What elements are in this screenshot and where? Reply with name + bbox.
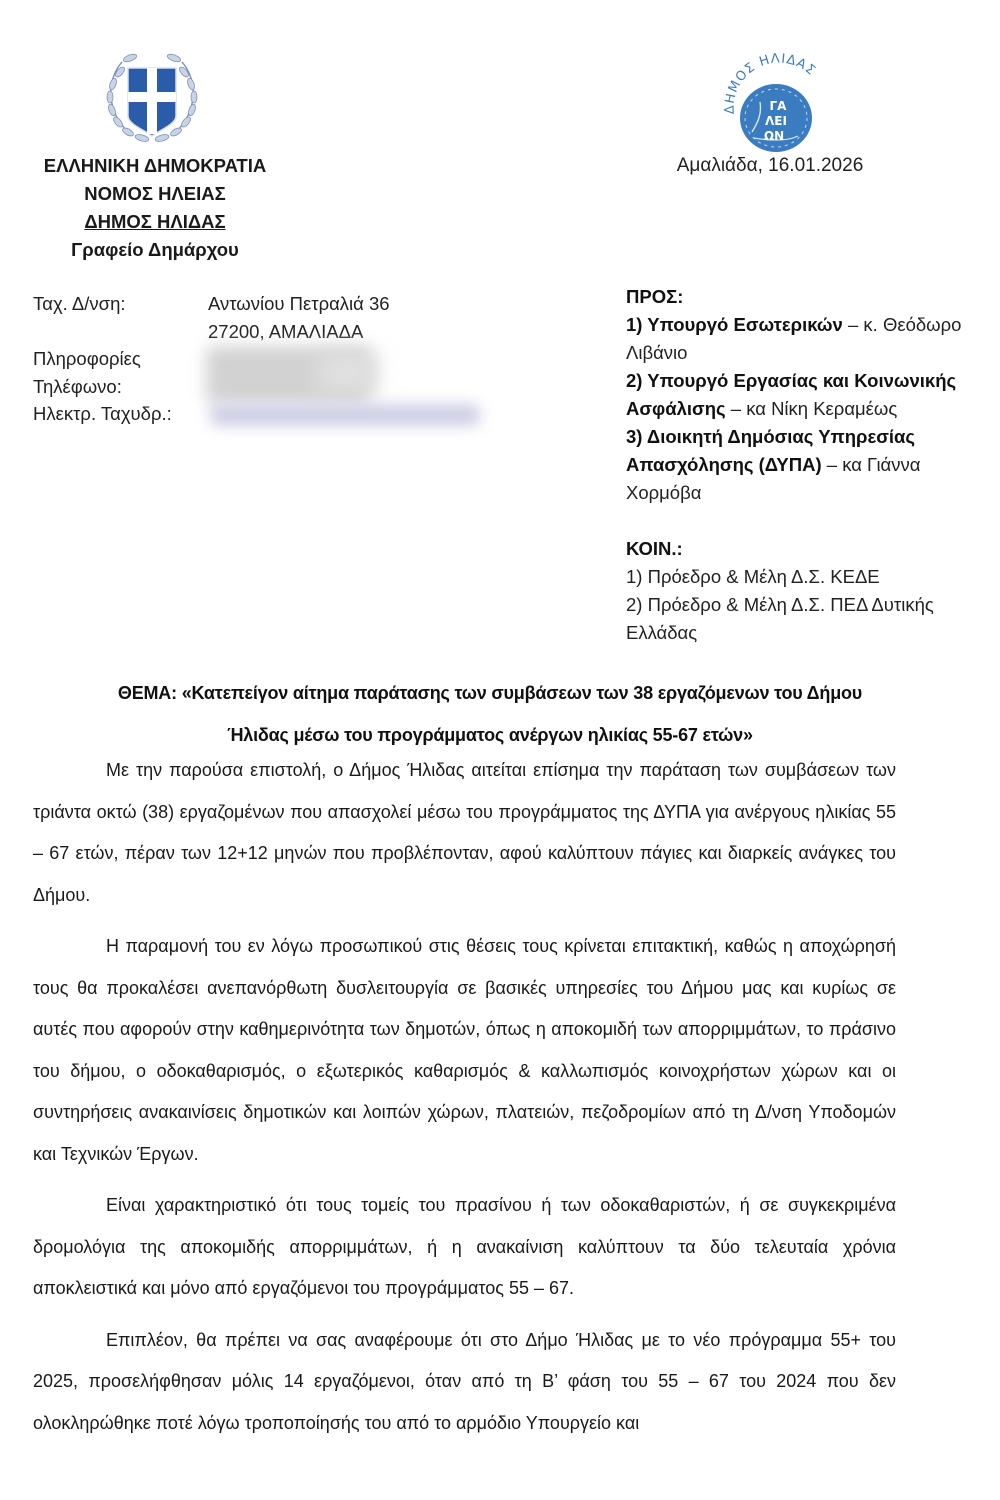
email-label: Ηλεκτρ. Ταχυδρ.: <box>33 400 172 428</box>
prefecture-name: ΝΟΜΟΣ ΗΛΕΙΑΣ <box>30 180 280 208</box>
cc-title: ΚΟΙΝ.: <box>626 538 683 559</box>
cc-item: 1) Πρόεδρο & Μέλη Δ.Σ. ΚΕΔΕ <box>626 563 996 591</box>
recipient-item: 1) Υπουργό Εσωτερικών – κ. Θεόδωρο Λιβάν… <box>626 311 996 367</box>
cc-item: 2) Πρόεδρο & Μέλη Δ.Σ. ΠΕΔ Δυτικής Ελλάδ… <box>626 591 996 647</box>
issuer-heading: ΕΛΛΗΝΙΚΗ ΔΗΜΟΚΡΑΤΙΑ ΝΟΜΟΣ ΗΛΕΙΑΣ ΔΗΜΟΣ Η… <box>30 152 280 264</box>
greek-coat-of-arms-icon <box>100 50 204 146</box>
address-label: Ταχ. Δ/νση: <box>33 290 172 318</box>
redaction-blur <box>318 352 378 392</box>
recipient-item: 2) Υπουργό Εργασίας και Κοινωνικής Ασφάλ… <box>626 367 996 423</box>
sender-contact-labels: Ταχ. Δ/νση: Πληροφορίες Τηλέφωνο: Ηλεκτρ… <box>33 290 172 428</box>
phone-label: Τηλέφωνο: <box>33 373 172 401</box>
recipients-block: ΠΡΟΣ: 1) Υπουργό Εσωτερικών – κ. Θεόδωρο… <box>626 283 996 647</box>
letter-date: Αμαλιάδα, 16.01.2026 <box>640 155 900 177</box>
street-address: Αντωνίου Πετραλιά 36 <box>208 290 390 318</box>
municipality-name: ΔΗΜΟΣ ΗΛΙΔΑΣ <box>30 208 280 236</box>
body-paragraph: Με την παρούσα επιστολή, ο Δήμος Ήλιδας … <box>33 750 896 916</box>
body-paragraph: Η παραμονή του εν λόγω προσωπικού στις θ… <box>33 926 896 1175</box>
redaction-blur-email <box>210 404 480 426</box>
svg-text:ΓΑ: ΓΑ <box>770 99 788 113</box>
subject-line-1: ΘΕΜΑ: «Κατεπείγον αίτημα παράτασης των σ… <box>40 672 940 714</box>
country-name: ΕΛΛΗΝΙΚΗ ΔΗΜΟΚΡΑΤΙΑ <box>30 152 280 180</box>
sender-address: Αντωνίου Πετραλιά 36 27200, ΑΜΑΛΙΑΔΑ <box>208 290 390 345</box>
label-spacer <box>33 318 172 346</box>
svg-text:ΛΕΙ: ΛΕΙ <box>765 114 787 128</box>
municipality-of-ilida-seal-icon: ΔΗΜΟΣ ΗΛΙΔΑΣ ΓΑ ΛΕΙ ΩΝ <box>716 52 838 156</box>
letter-subject: ΘΕΜΑ: «Κατεπείγον αίτημα παράτασης των σ… <box>40 672 940 756</box>
redacted-contact-details <box>198 342 488 436</box>
letter-body: Με την παρούσα επιστολή, ο Δήμος Ήλιδας … <box>33 750 896 1454</box>
office-name: Γραφείο Δημάρχου <box>30 236 280 264</box>
to-title: ΠΡΟΣ: <box>626 286 683 307</box>
body-paragraph: Είναι χαρακτηριστικό ότι τους τομείς του… <box>33 1185 896 1310</box>
postal-city: 27200, ΑΜΑΛΙΑΔΑ <box>208 318 390 346</box>
spacer <box>626 507 996 535</box>
svg-text:ΩΝ: ΩΝ <box>764 129 784 143</box>
body-paragraph: Επιπλέον, θα πρέπει να σας αναφέρουμε ότ… <box>33 1320 896 1445</box>
info-label: Πληροφορίες <box>33 345 172 373</box>
recipient-item: 3) Διοικητή Δημόσιας Υπηρεσίας Απασχόλησ… <box>626 423 996 507</box>
